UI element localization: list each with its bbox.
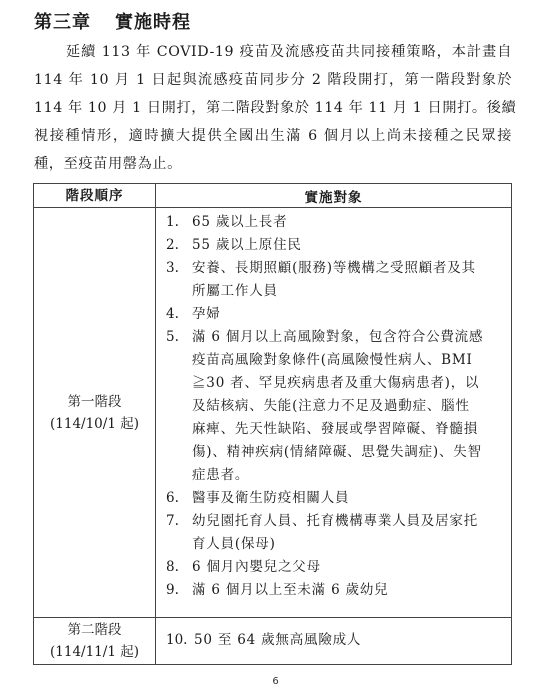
table-row-stage-1: 第一階段 (114/10/1 起) 1.65 歲以上長者 2.55 歲以上原住民… [34, 208, 512, 618]
schedule-table: 階段順序 實施對象 第一階段 (114/10/1 起) 1.65 歲以上長者 2… [33, 183, 512, 665]
list-item: 10.50 至 64 歲無高風險成人 [166, 629, 503, 652]
header-stage-order: 階段順序 [34, 184, 156, 208]
stage-2-cell: 第二階段 (114/11/1 起) [34, 618, 156, 665]
list-item: 8.6 個月內嬰兒之父母 [166, 556, 503, 579]
chapter-number: 第三章 [34, 12, 91, 33]
header-target-groups: 實施對象 [156, 184, 512, 208]
stage-2-label: 第二階段 [34, 619, 155, 641]
paragraph-line: 種，至疫苗用罄為止。 [34, 150, 512, 178]
paragraph-line: 延續 113 年 COVID-19 疫苗及流感疫苗共同接種策略，本計畫自 [34, 38, 512, 66]
paragraph-line: 114 年 10 月 1 日起與流感疫苗同步分 2 階段開打，第一階段對象於 [34, 66, 512, 94]
list-item: 6.醫事及衛生防疫相關人員 [166, 487, 503, 510]
paragraph-line: 114 年 10 月 1 日開打，第二階段對象於 114 年 11 月 1 日開… [34, 94, 512, 122]
stage-1-items: 1.65 歲以上長者 2.55 歲以上原住民 3.安養、長期照顧(服務)等機構之… [156, 208, 512, 618]
stage-1-label: 第一階段 [34, 391, 155, 413]
stage-1-start: (114/10/1 起) [34, 413, 155, 435]
stage-2-start: (114/11/1 起) [34, 641, 155, 663]
list-item: 3.安養、長期照顧(服務)等機構之受照顧者及其所屬工作人員 [166, 257, 503, 303]
stage-2-items: 10.50 至 64 歲無高風險成人 [156, 618, 512, 665]
intro-paragraph: 延續 113 年 COVID-19 疫苗及流感疫苗共同接種策略，本計畫自 114… [34, 38, 512, 178]
list-item: 7.幼兒園托育人員、托育機構專業人員及居家托育人員(保母) [166, 510, 503, 556]
paragraph-line: 視接種情形，適時擴大提供全國出生滿 6 個月以上尚未接種之民眾接 [34, 122, 512, 150]
list-item: 1.65 歲以上長者 [166, 211, 503, 234]
list-item: 5. 滿 6 個月以上高風險對象，包含符合公費流感 疫苗高風險對象條件(高風險慢… [166, 326, 503, 487]
table-header-row: 階段順序 實施對象 [34, 184, 512, 208]
page-number: 6 [0, 676, 551, 687]
list-item: 9.滿 6 個月以上至未滿 6 歲幼兒 [166, 579, 503, 602]
chapter-title: 實施時程 [115, 12, 191, 33]
list-item: 2.55 歲以上原住民 [166, 234, 503, 257]
chapter-heading: 第三章實施時程 [34, 8, 191, 34]
list-item: 4.孕婦 [166, 303, 503, 326]
table-row-stage-2: 第二階段 (114/11/1 起) 10.50 至 64 歲無高風險成人 [34, 618, 512, 665]
stage-1-cell: 第一階段 (114/10/1 起) [34, 208, 156, 618]
document-page: 第三章實施時程 延續 113 年 COVID-19 疫苗及流感疫苗共同接種策略，… [0, 0, 551, 700]
